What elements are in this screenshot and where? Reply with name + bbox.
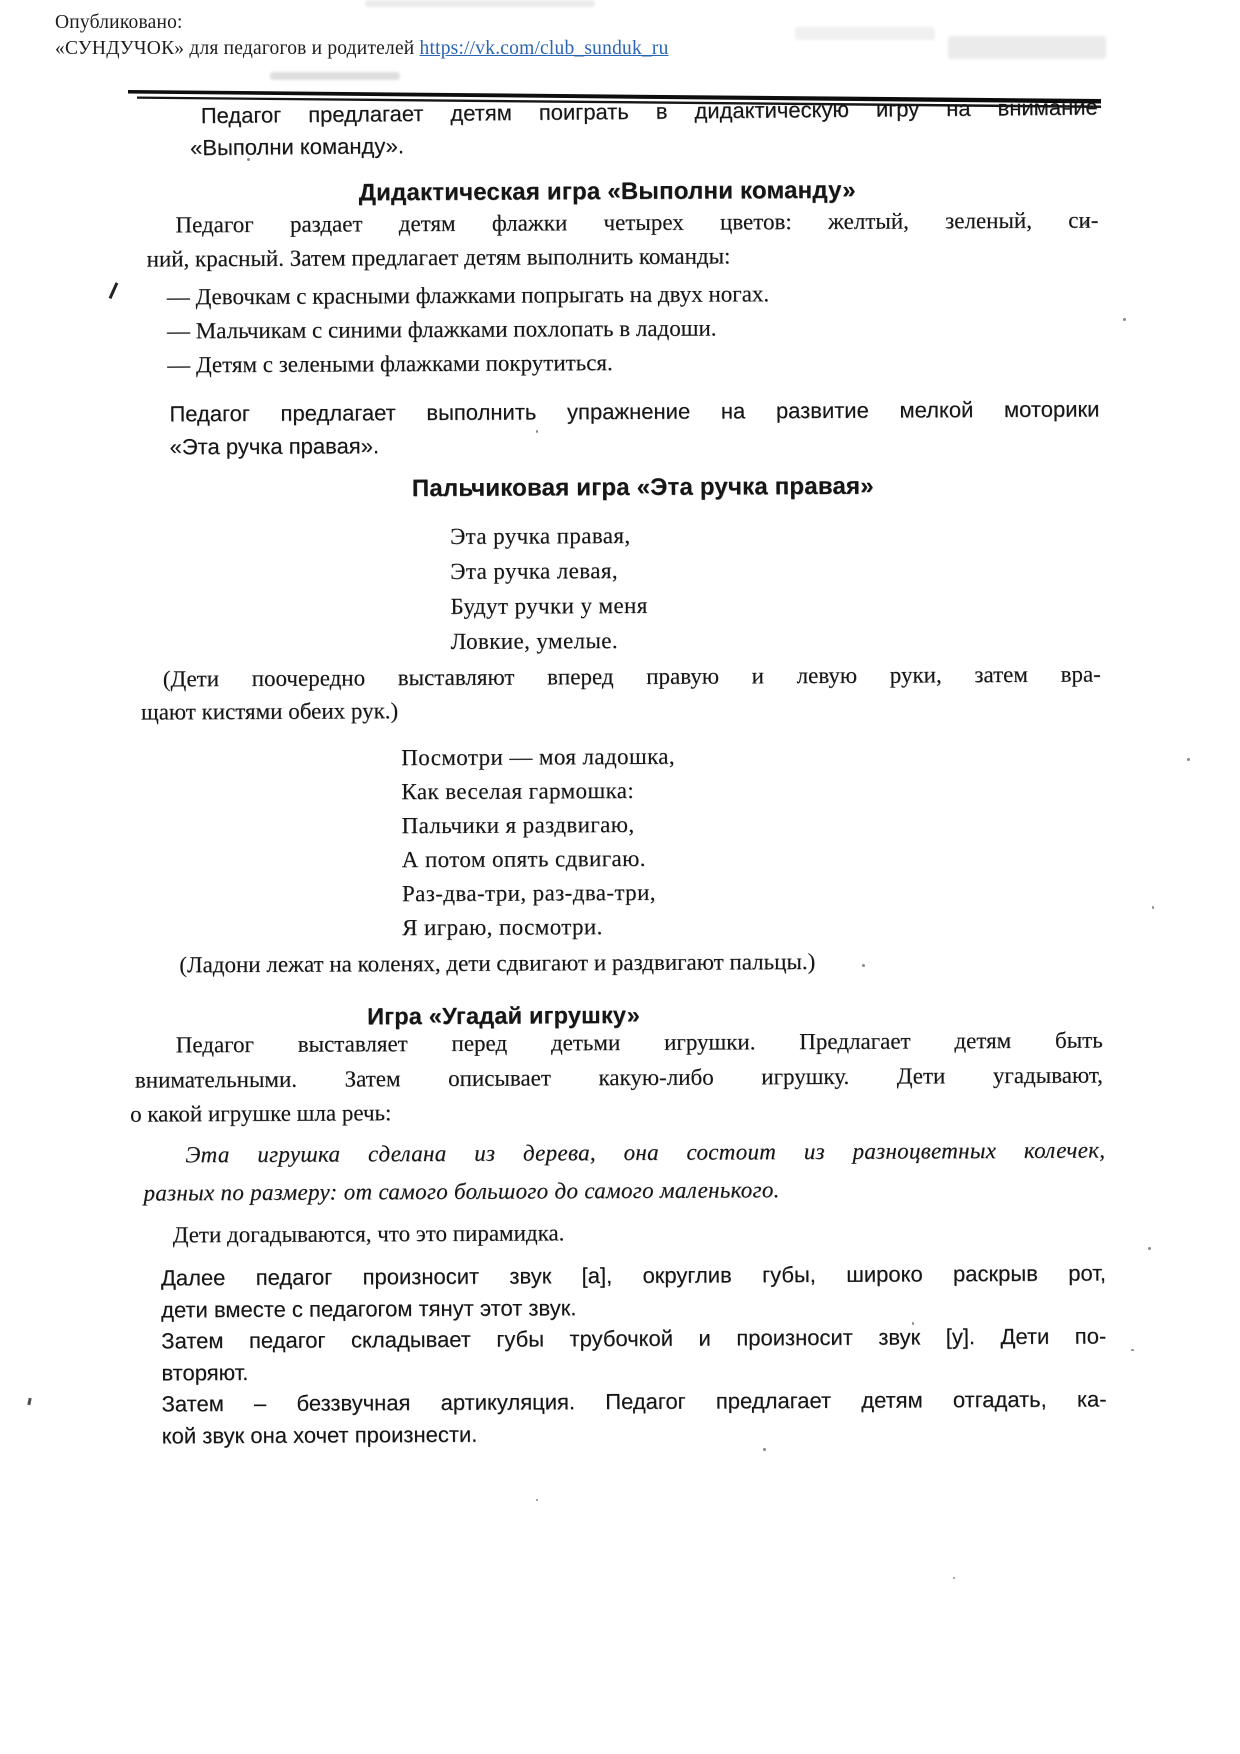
text-line: кой звук она хочет произнести. (162, 1415, 1107, 1451)
sound-exercise-paragraphs: Далее педагог произносит звук [а], округ… (161, 1257, 1107, 1451)
text-line: дети вместе с педагогом тянут этот звук. (161, 1289, 1106, 1325)
guess-toy-paragraph: Педагог выставляет перед детьми игрушки.… (158, 1023, 1104, 1131)
poem-line: Раз-два-три, раз-два-три, (402, 875, 862, 911)
stage-note-hands: (Дети поочередно выставляют вперед праву… (156, 657, 1101, 728)
text-line: Педагог выставляет перед детьми игрушки.… (158, 1023, 1103, 1062)
command-list: — Девочкам с красными флажками попрыгать… (147, 275, 1100, 382)
command-item: — Девочкам с красными флажками попрыгать… (147, 275, 1099, 314)
stage-note-palms: (Ладони лежат на коленях, дети сдвигают … (157, 943, 1102, 982)
answer-paragraph: Дети догадываются, что это пирамидка. (159, 1213, 1104, 1252)
text-line: Эта игрушка сделана из дерева, она состо… (143, 1131, 1105, 1174)
text-line: разных по размеру: от самого большого до… (143, 1169, 1105, 1212)
poem-line: Пальчики я раздвигаю, (401, 807, 861, 843)
text-line: внимательными. Затем описывает какую-либ… (135, 1058, 1103, 1098)
motor-skills-paragraph: Педагог предлагает выполнить упражнение … (169, 392, 1099, 463)
poem-line: Будут ручки у меня (450, 587, 870, 624)
text-line: Педагог раздает детям флажки четырех цве… (146, 203, 1098, 242)
toy-riddle-text: Эта игрушка сделана из дерева, она состо… (143, 1131, 1105, 1212)
poem-line: Ловкие, умелые. (451, 622, 871, 659)
text-line: Затем педагог складывает губы трубочкой … (161, 1320, 1106, 1356)
flags-paragraph: Педагог раздает детям флажки четырех цве… (146, 203, 1098, 276)
poem-line: Эта ручка правая, (450, 517, 870, 554)
poem-line: Посмотри — моя ладошка, (401, 739, 861, 775)
text-line: «Эта ручка правая». (169, 425, 1099, 463)
scanned-document-page: Опубликовано: «СУНДУЧОК» для педагогов и… (0, 0, 1240, 1754)
text-line: Затем – беззвучная артикуляция. Педагог … (162, 1383, 1107, 1419)
text-line: вторяют. (161, 1352, 1106, 1388)
poem-palm: Посмотри — моя ладошка, Как веселая гарм… (401, 739, 862, 945)
text-line: о какой игрушке шла речь: (130, 1092, 1103, 1132)
command-item: — Мальчикам с синими флажками похлопать … (147, 309, 1099, 348)
text-line: Педагог предлагает выполнить упражнение … (169, 392, 1099, 430)
text-line: (Дети поочередно выставляют вперед праву… (156, 657, 1101, 695)
poem-line: Я играю, посмотри. (402, 909, 862, 945)
text-line: ний, красный. Затем предлагает детям вып… (147, 237, 1099, 276)
text-line: щают кистями обеих рук.) (141, 690, 1101, 728)
poem-line: А потом опять сдвигаю. (402, 841, 862, 877)
section-heading-finger-game: Пальчиковая игра «Эта ручка правая» (148, 470, 1100, 505)
intro-paragraph: Педагог предлагает детям поиграть в дида… (190, 92, 1099, 165)
poem-line: Как веселая гармошка: (401, 773, 861, 809)
document-body: Педагог предлагает детям поиграть в дида… (0, 0, 1240, 1754)
poem-hands: Эта ручка правая, Эта ручка левая, Будут… (450, 517, 871, 659)
poem-line: Эта ручка левая, (450, 552, 870, 589)
text-line: Далее педагог произносит звук [а], округ… (161, 1257, 1106, 1293)
command-item: — Детям с зелеными флажками покрутиться. (147, 343, 1099, 382)
